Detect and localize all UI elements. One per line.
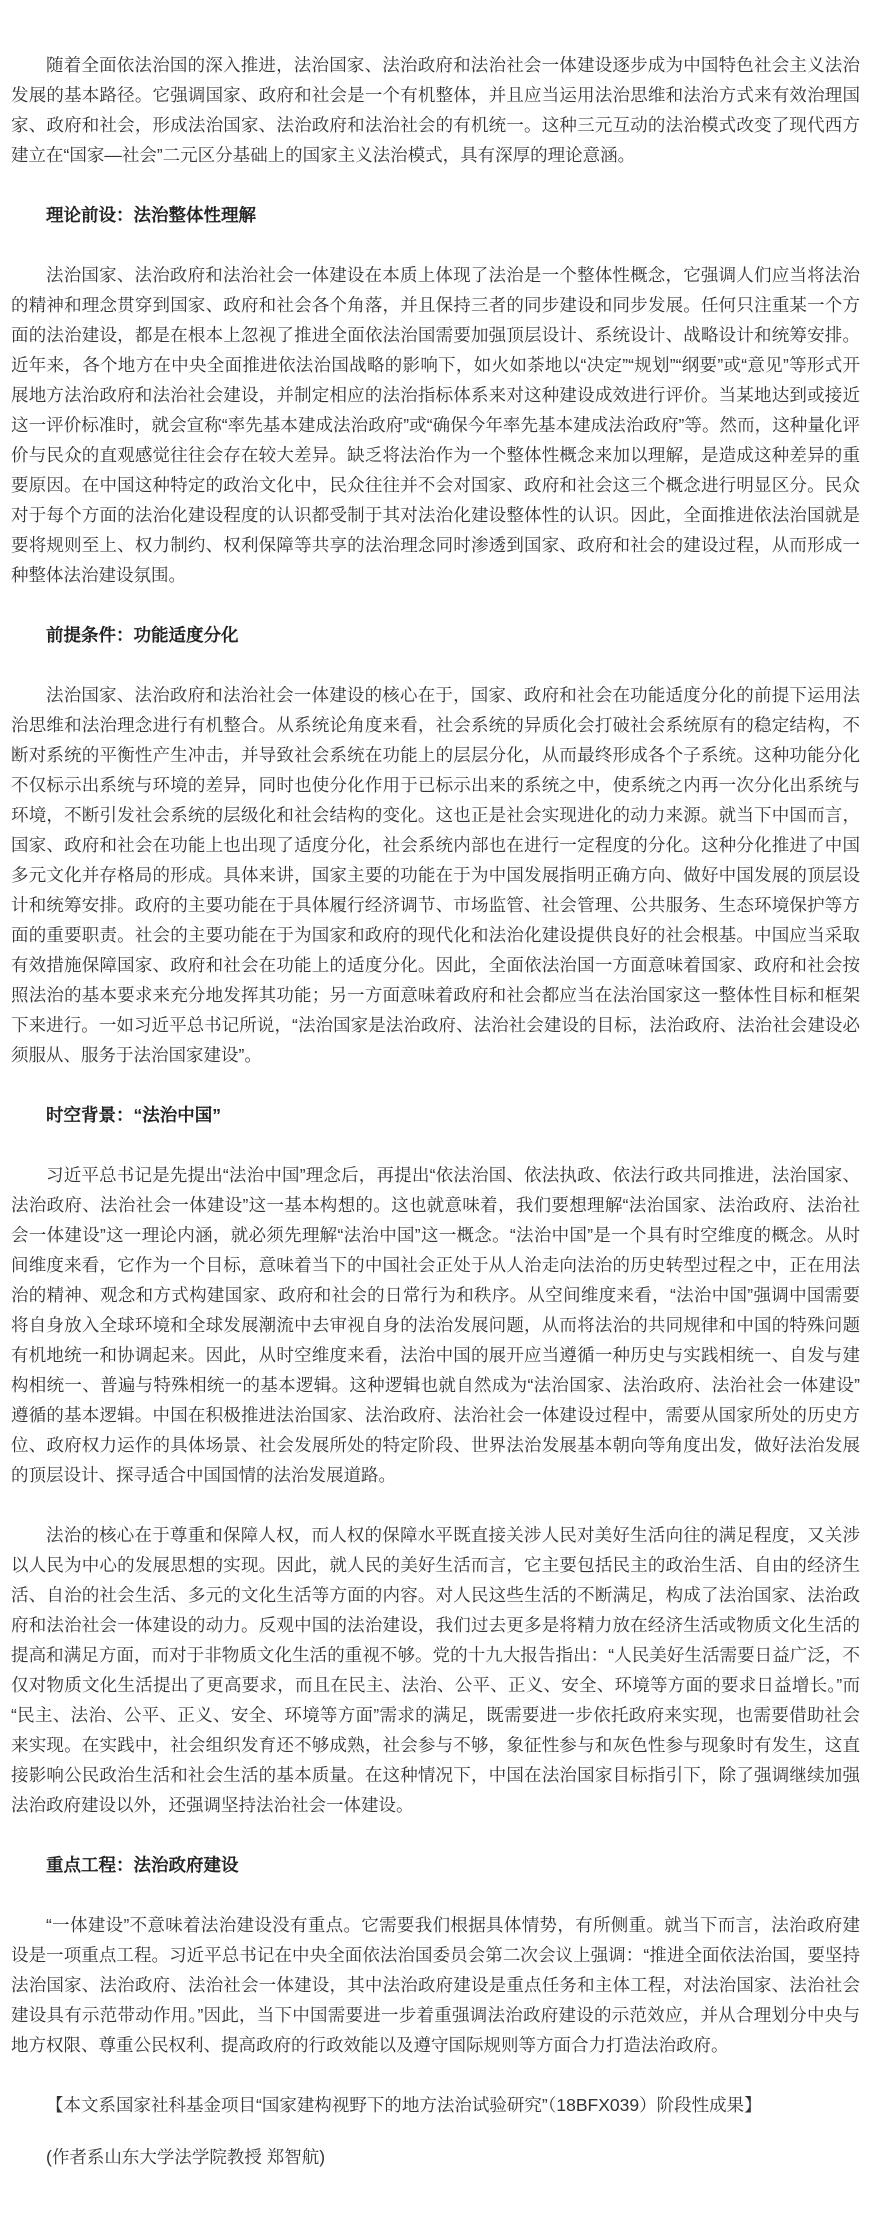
paragraph-human-rights: 法治的核心在于尊重和保障人权，而人权的保障水平既直接关涉人民对美好生活向往的满足… bbox=[11, 1520, 860, 1820]
paragraph-holistic-understanding: 法治国家、法治政府和法治社会一体建设在本质上体现了法治是一个整体性概念，它强调人… bbox=[11, 260, 860, 590]
section-heading-theory-premise: 理论前设：法治整体性理解 bbox=[11, 200, 860, 230]
funding-note: 【本文系国家社科基金项目“国家建构视野下的地方法治试验研究”（18BFX039）… bbox=[11, 2090, 860, 2120]
author-note: (作者系山东大学法学院教授 郑智航) bbox=[11, 2142, 860, 2172]
section-heading-precondition: 前提条件：功能适度分化 bbox=[11, 620, 860, 650]
intro-paragraph: 随着全面依法治国的深入推进，法治国家、法治政府和法治社会一体建设逐步成为中国特色… bbox=[11, 50, 860, 170]
section-heading-spacetime-background: 时空背景：“法治中国” bbox=[11, 1100, 860, 1130]
paragraph-government-construction: “一体建设”不意味着法治建设没有重点。它需要我们根据具体情势，有所侧重。就当下而… bbox=[11, 1910, 860, 2060]
section-heading-key-project: 重点工程：法治政府建设 bbox=[11, 1850, 860, 1880]
article-body: 随着全面依法治国的深入推进，法治国家、法治政府和法治社会一体建设逐步成为中国特色… bbox=[0, 0, 872, 2208]
paragraph-rule-of-law-china: 习近平总书记是先提出“法治中国”理念后，再提出“依法治国、依法执政、依法行政共同… bbox=[11, 1160, 860, 1490]
paragraph-functional-differentiation: 法治国家、法治政府和法治社会一体建设的核心在于，国家、政府和社会在功能适度分化的… bbox=[11, 680, 860, 1070]
